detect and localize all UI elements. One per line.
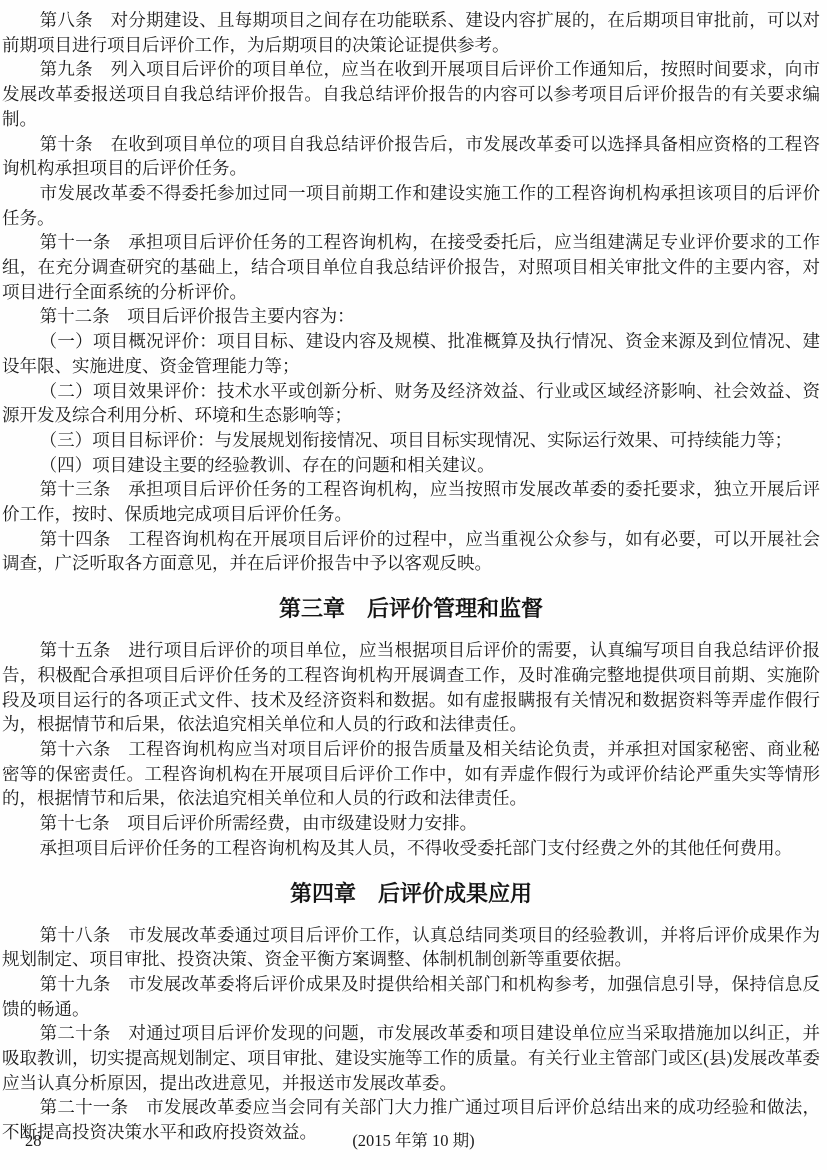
article-paragraph: （一）项目概况评价：项目目标、建设内容及规模、批准概算及执行情况、资金来源及到位… [2,329,820,378]
article-paragraph: 第二十条 对通过项目后评价发现的问题，市发展改革委和项目建设单位应当采取措施加以… [2,1021,820,1095]
article-paragraph: 第十一条 承担项目后评价任务的工程咨询机构，在接受委托后，应当组建满足专业评价要… [2,230,820,304]
article-paragraph: 第十五条 进行项目后评价的项目单位，应当根据项目后评价的需要，认真编写项目自我总… [2,638,820,737]
article-paragraph: 第八条 对分期建设、且每期项目之间存在功能联系、建设内容扩展的，在后期项目审批前… [2,8,820,57]
article-paragraph: 第九条 列入项目后评价的项目单位，应当在收到开展项目后评价工作通知后，按照时间要… [2,57,820,131]
chapter-heading: 第四章 后评价成果应用 [2,881,820,907]
article-paragraph: 承担项目后评价任务的工程咨询机构及其人员，不得收受委托部门支付经费之外的其他任何… [2,836,820,861]
chapter-heading: 第三章 后评价管理和监督 [2,596,820,622]
article-paragraph: 第十六条 工程咨询机构应当对项目后评价的报告质量及相关结论负责，并承担对国家秘密… [2,737,820,811]
article-paragraph: （四）项目建设主要的经验教训、存在的问题和相关建议。 [2,453,820,478]
issue-label: (2015 年第 10 期) [0,1130,827,1152]
article-paragraph: 第十九条 市发展改革委将后评价成果及时提供给相关部门和机构参考，加强信息引导，保… [2,972,820,1021]
article-paragraph: 第十二条 项目后评价报告主要内容为： [2,304,820,329]
article-paragraph: 第十八条 市发展改革委通过项目后评价工作，认真总结同类项目的经验教训，并将后评价… [2,923,820,972]
document-page: 第八条 对分期建设、且每期项目之间存在功能联系、建设内容扩展的，在后期项目审批前… [0,0,827,1170]
article-paragraph: 第十三条 承担项目后评价任务的工程咨询机构，应当按照市发展改革委的委托要求，独立… [2,477,820,526]
article-paragraph: 第十七条 项目后评价所需经费，由市级建设财力安排。 [2,811,820,836]
document-body: 第八条 对分期建设、且每期项目之间存在功能联系、建设内容扩展的，在后期项目审批前… [2,8,820,1145]
article-paragraph: （二）项目效果评价：技术水平或创新分析、财务及经济效益、行业或区域经济影响、社会… [2,379,820,428]
article-paragraph: 第十条 在收到项目单位的项目自我总结评价报告后，市发展改革委可以选择具备相应资格… [2,132,820,181]
page-number: 28 [25,1130,42,1152]
page-footer: 28 (2015 年第 10 期) [0,1130,827,1152]
article-paragraph: （三）项目目标评价：与发展规划衔接情况、项目目标实现情况、实际运行效果、可持续能… [2,428,820,453]
article-paragraph: 市发展改革委不得委托参加过同一项目前期工作和建设实施工作的工程咨询机构承担该项目… [2,181,820,230]
article-paragraph: 第十四条 工程咨询机构在开展项目后评价的过程中，应当重视公众参与，如有必要，可以… [2,527,820,576]
